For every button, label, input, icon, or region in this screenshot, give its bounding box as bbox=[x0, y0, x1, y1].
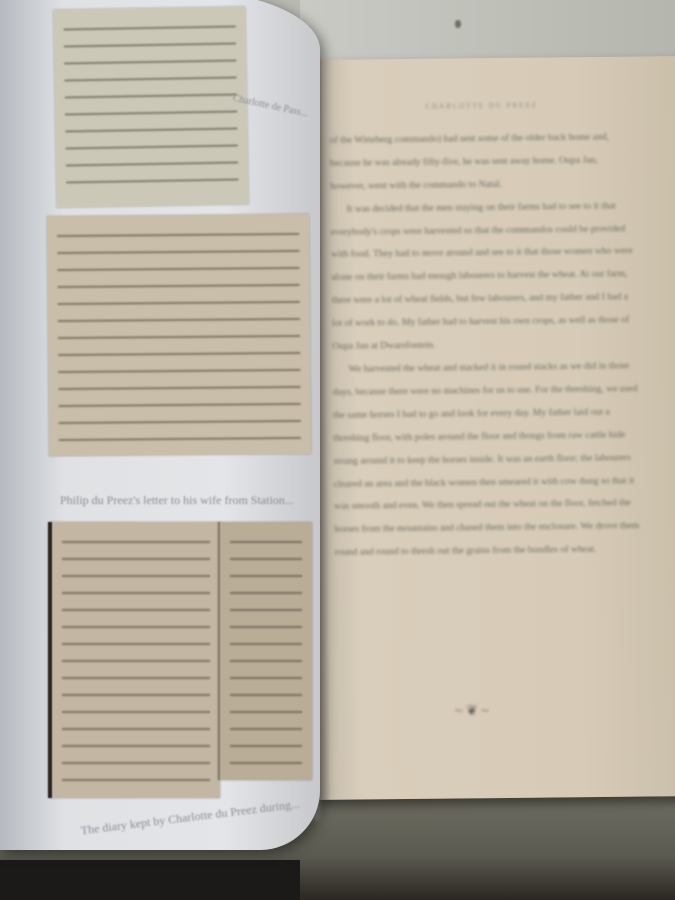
caption-letter: Philip du Preez's letter to his wife fro… bbox=[60, 493, 294, 508]
manuscript-photo-diary-right bbox=[218, 522, 312, 780]
section-ornament-icon: ~ ❦ ~ bbox=[455, 703, 489, 720]
manuscript-photo-diary-left bbox=[48, 522, 220, 798]
manuscript-photo-two-page-letter bbox=[47, 214, 311, 456]
wall-speck bbox=[455, 20, 461, 28]
right-page-text: CHARLOTTE DU PREEZ of the Witteberg comm… bbox=[329, 93, 640, 565]
table-shadow bbox=[0, 860, 300, 900]
running-head: CHARLOTTE DU PREEZ bbox=[329, 93, 634, 120]
paragraph: We harvested the wheat and stacked it in… bbox=[332, 355, 639, 565]
paragraph: It was decided that the men staying on t… bbox=[330, 195, 637, 359]
paragraph: of the Witteberg commando) had sent some… bbox=[330, 126, 636, 198]
manuscript-photo-letter bbox=[53, 6, 248, 207]
